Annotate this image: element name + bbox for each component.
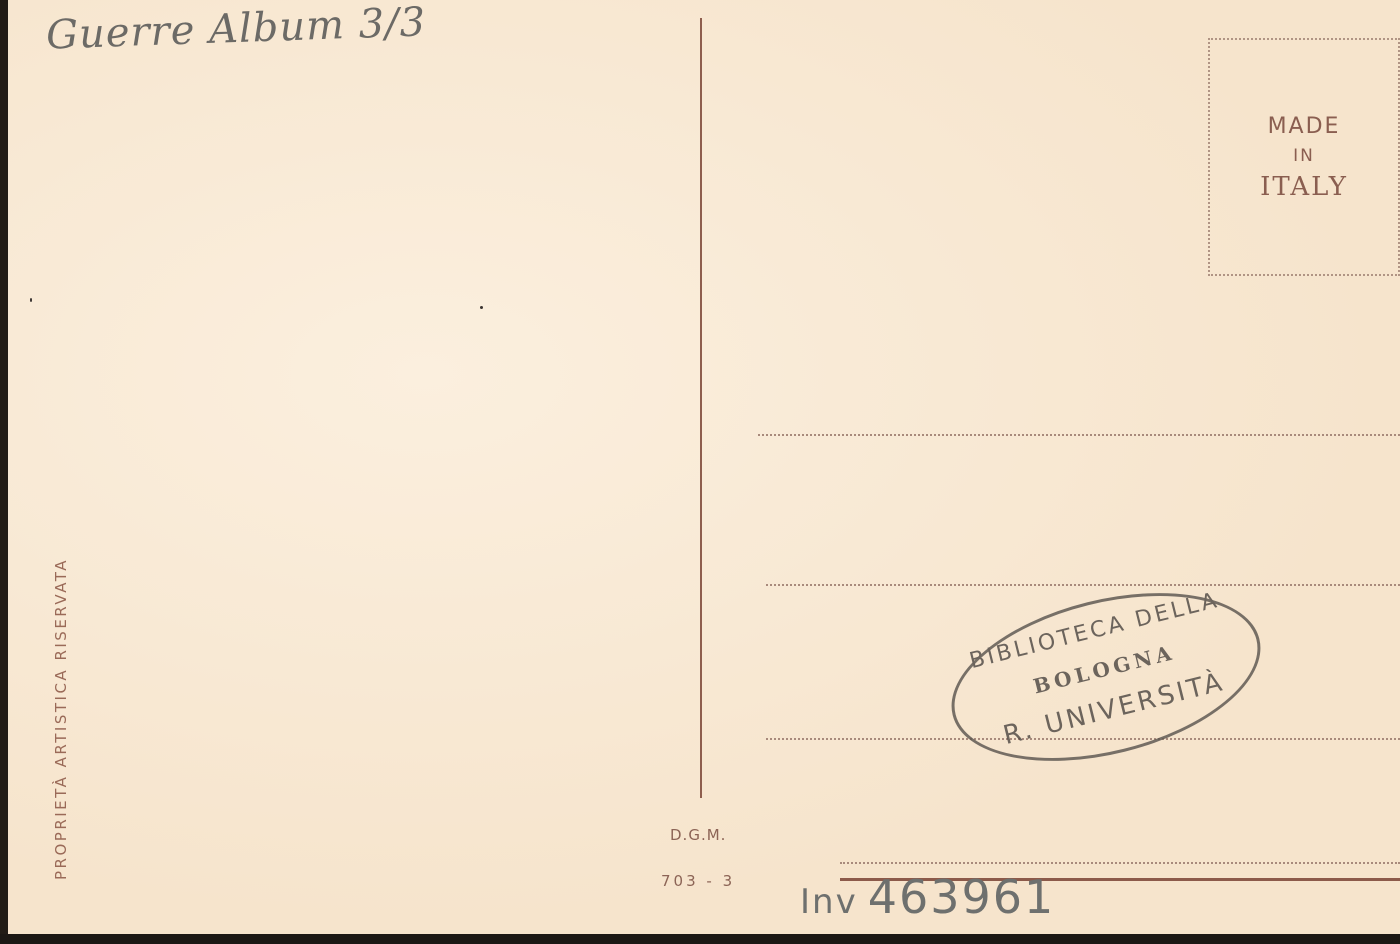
inventory-value: 463961 <box>868 870 1056 924</box>
copyright-imprint: PROPRIETÀ ARTISTICA RISERVATA <box>52 558 70 880</box>
postcard-back: Guerre Album 3/3 PROPRIETÀ ARTISTICA RIS… <box>8 0 1400 934</box>
stamp-box-in: IN <box>1210 146 1398 166</box>
paper-speck <box>480 306 483 309</box>
inventory-number: Inv463961 <box>800 870 1055 924</box>
inventory-label: Inv <box>800 882 858 922</box>
stamp-box-italy: ITALY <box>1210 172 1398 202</box>
address-line-2 <box>766 584 1400 586</box>
scan-edge-left <box>0 0 8 944</box>
postage-stamp-box: MADE IN ITALY <box>1208 38 1400 276</box>
center-divider-line <box>700 18 702 798</box>
paper-speck <box>30 298 32 302</box>
stamp-box-made: MADE <box>1210 114 1398 139</box>
series-code: 703 - 3 <box>661 872 735 890</box>
address-line-4 <box>840 862 1400 864</box>
handwritten-album-note: Guerre Album 3/3 <box>45 0 426 59</box>
publisher-mark: D.G.M. <box>670 826 726 844</box>
scan-edge-bottom <box>0 934 1400 944</box>
address-line-1 <box>758 434 1400 436</box>
library-stamp: BIBLIOTECA DELLA BOLOGNA R. UNIVERSITÀ <box>934 564 1278 790</box>
